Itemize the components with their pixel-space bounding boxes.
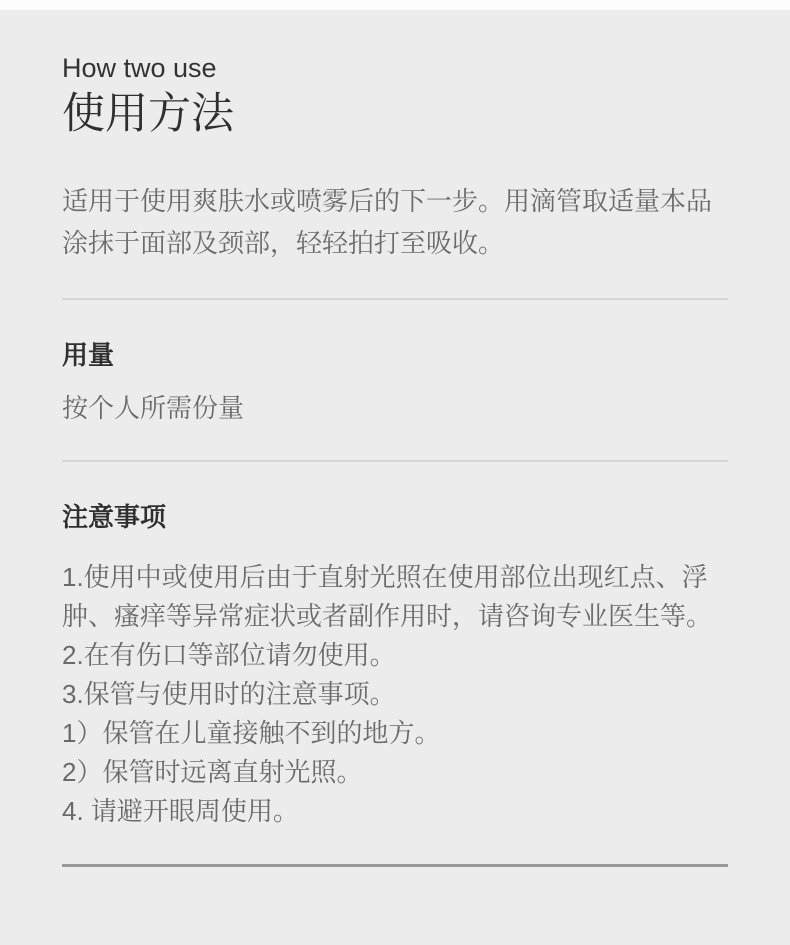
precaution-item: 2）保管时远离直射光照。 (62, 753, 728, 792)
precautions-list: 1.使用中或使用后由于直射光照在使用部位出现红点、浮肿、瘙痒等异常症状或者副作用… (62, 558, 728, 831)
precautions-heading: 注意事项 (62, 500, 728, 534)
section-divider (62, 460, 728, 462)
precaution-item: 1.使用中或使用后由于直射光照在使用部位出现红点、浮肿、瘙痒等异常症状或者副作用… (62, 558, 728, 636)
top-white-band (0, 0, 790, 10)
section-divider (62, 298, 728, 300)
dosage-text: 按个人所需份量 (62, 390, 728, 426)
usage-instructions-text: 适用于使用爽肤水或喷雾后的下一步。用滴管取适量本品涂抹于面部及颈部，轻轻拍打至吸… (62, 180, 728, 264)
page-header: How two use 使用方法 (62, 52, 728, 140)
precaution-item: 2.在有伤口等部位请勿使用。 (62, 636, 728, 675)
precaution-item: 1）保管在儿童接触不到的地方。 (62, 714, 728, 753)
dosage-heading: 用量 (62, 338, 728, 372)
precaution-item: 3.保管与使用时的注意事项。 (62, 675, 728, 714)
content-area: How two use 使用方法 适用于使用爽肤水或喷雾后的下一步。用滴管取适量… (0, 52, 790, 904)
page-title: 使用方法 (62, 88, 728, 140)
subtitle-english: How two use (62, 52, 728, 84)
bottom-spacer (62, 867, 728, 904)
precaution-item: 4. 请避开眼周使用。 (62, 792, 728, 831)
product-usage-page: How two use 使用方法 适用于使用爽肤水或喷雾后的下一步。用滴管取适量… (0, 0, 790, 904)
